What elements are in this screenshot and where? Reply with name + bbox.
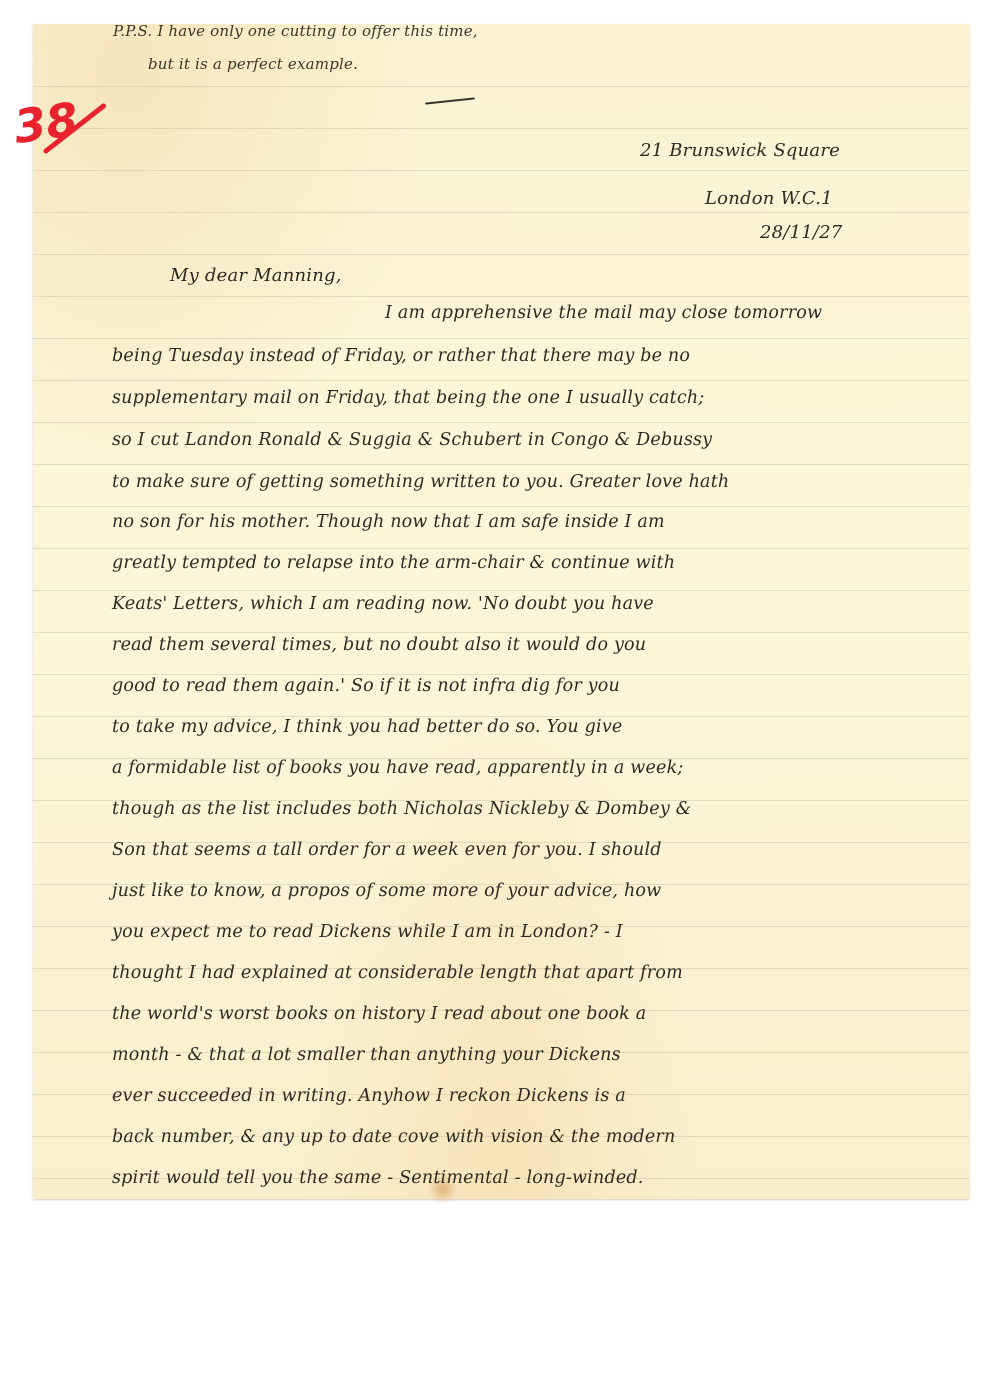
body-line: supplementary mail on Friday, that being…: [112, 388, 704, 408]
body-line: back number, & any up to date cove with …: [112, 1127, 675, 1147]
body-line: read them several times, but no doubt al…: [112, 635, 646, 655]
ruled-line: [33, 128, 969, 129]
address-city: London W.C.1: [705, 188, 833, 209]
body-line: greatly tempted to relapse into the arm-…: [112, 553, 675, 573]
body-line: spirit would tell you the same - Sentime…: [112, 1168, 644, 1188]
body-line: just like to know, a propos of some more…: [112, 881, 661, 901]
ruled-line: [33, 170, 969, 171]
body-line: I am apprehensive the mail may close tom…: [385, 303, 822, 323]
ruled-line: [33, 86, 969, 87]
ruled-line: [33, 380, 969, 381]
body-line: thought I had explained at considerable …: [112, 963, 683, 983]
body-line: to take my advice, I think you had bette…: [112, 717, 623, 737]
body-line: Son that seems a tall order for a week e…: [112, 840, 662, 860]
ruled-line: [33, 548, 969, 549]
body-line: you expect me to read Dickens while I am…: [112, 922, 623, 942]
ruled-line: [33, 338, 969, 339]
address-street: 21 Brunswick Square: [640, 140, 840, 161]
body-line: no son for his mother. Though now that I…: [112, 512, 665, 532]
body-line: good to read them again.' So if it is no…: [112, 676, 620, 696]
body-line: Keats' Letters, which I am reading now. …: [112, 594, 654, 614]
postscript-line-2: but it is a perfect example.: [148, 55, 358, 73]
ruled-line: [33, 296, 969, 297]
salutation: My dear Manning,: [170, 265, 342, 286]
body-line: a formidable list of books you have read…: [112, 758, 684, 778]
body-line: month - & that a lot smaller than anythi…: [112, 1045, 621, 1065]
ruled-line: [33, 506, 969, 507]
body-line: ever succeeded in writing. Anyhow I reck…: [112, 1086, 626, 1106]
body-line: the world's worst books on history I rea…: [112, 1004, 646, 1024]
ruled-line: [33, 254, 969, 255]
ruled-line: [33, 590, 969, 591]
postscript-line-1: P.P.S. I have only one cutting to offer …: [113, 22, 478, 40]
ruled-line: [33, 674, 969, 675]
body-line: to make sure of getting something writte…: [112, 472, 729, 492]
ruled-line: [33, 632, 969, 633]
ruled-line: [33, 422, 969, 423]
ruled-line: [33, 212, 969, 213]
ruled-line: [33, 464, 969, 465]
body-line: being Tuesday instead of Friday, or rath…: [112, 346, 690, 366]
folio-number: 38: [11, 92, 82, 154]
body-line: so I cut Landon Ronald & Suggia & Schube…: [112, 430, 712, 450]
body-line: though as the list includes both Nichola…: [112, 799, 691, 819]
letter-date: 28/11/27: [760, 222, 842, 243]
